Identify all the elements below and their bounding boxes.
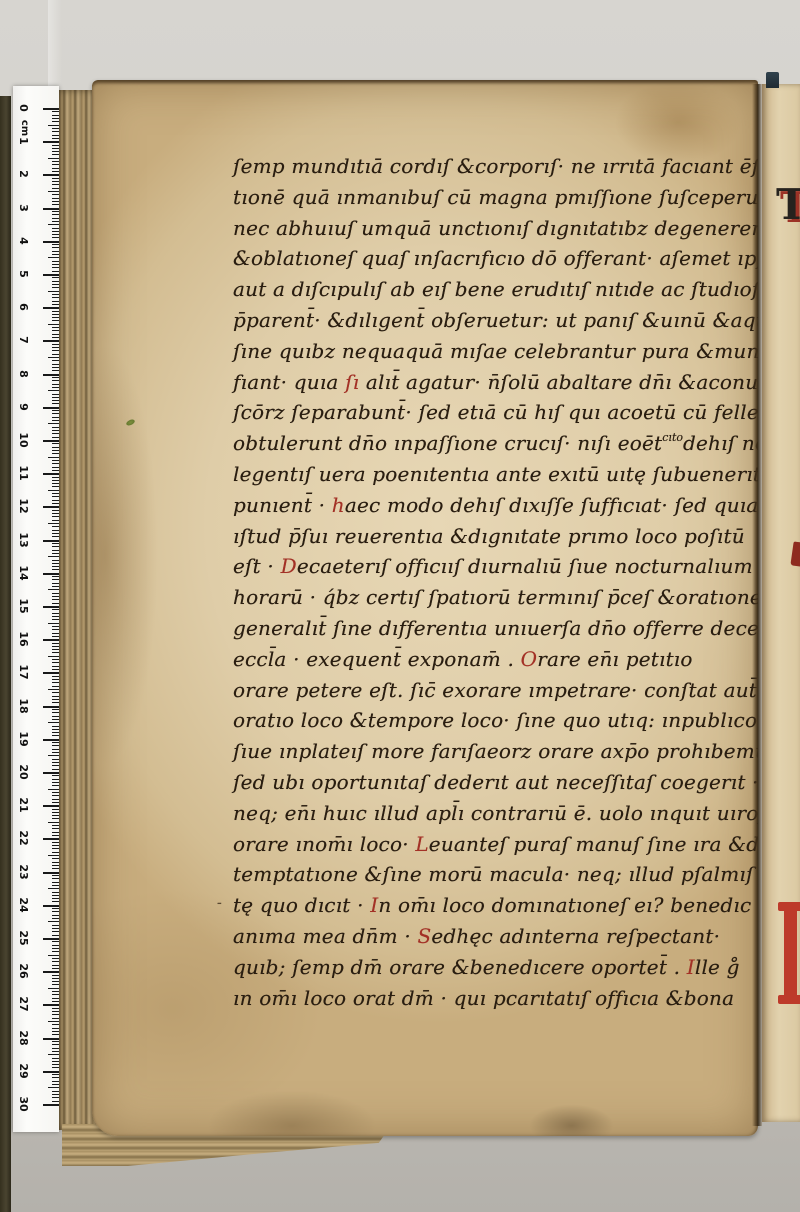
- ruler-tick: [52, 716, 59, 717]
- ruler-tick: [52, 586, 59, 587]
- ruler-tick: [52, 775, 59, 776]
- ruler-tick: [52, 1041, 59, 1042]
- ruler-tick: [52, 347, 59, 348]
- ruler-tick: [52, 762, 59, 763]
- ruler-tick: [52, 958, 59, 959]
- ruler-tick: [52, 181, 59, 182]
- ruler-tick: [52, 666, 59, 667]
- ruler-tick: [52, 483, 59, 484]
- ruler-tick: [52, 928, 59, 929]
- ruler-tick: [52, 377, 59, 378]
- text-segment: edhęc adınterna reſpectant·: [431, 924, 720, 948]
- ruler-number: 16: [17, 630, 29, 648]
- ruler-tick: [52, 221, 59, 222]
- ruler-tick: [52, 749, 59, 750]
- ruler-tick: [48, 755, 59, 756]
- ruler-tick: [48, 589, 59, 590]
- ruler-tick: [52, 941, 59, 942]
- text-segment: orare petere eſt. ſıc̄ exorare ımpetrare…: [233, 678, 757, 702]
- ruler-number: 0: [17, 99, 29, 117]
- ruler-tick: [43, 241, 59, 243]
- ruler-tick: [52, 121, 59, 122]
- ruler-tick: [52, 599, 59, 600]
- ruler-tick: [52, 148, 59, 149]
- rubricated-letter: I: [687, 955, 695, 979]
- ruler-tick: [52, 991, 59, 992]
- ruler-tick: [52, 931, 59, 932]
- ruler-tick: [52, 317, 59, 318]
- ruler-tick: [48, 158, 59, 159]
- ruler-tick: [52, 261, 59, 262]
- ruler-tick: [52, 1097, 59, 1098]
- ruler-tick: [52, 583, 59, 584]
- ruler-tick: [52, 304, 59, 305]
- ruler-tick: [52, 188, 59, 189]
- ruler-tick: [52, 566, 59, 567]
- ruler-tick: [52, 1024, 59, 1025]
- ruler-tick: [52, 745, 59, 746]
- text-segment: ıſtud p̄ſuı reuerentıa &dıgnıtate prımo …: [233, 524, 745, 548]
- ruler-tick: [52, 151, 59, 152]
- ruler-tick: [52, 968, 59, 969]
- ruler-tick: [48, 291, 59, 292]
- ruler-tick: [52, 868, 59, 869]
- manuscript-line: horarū · q́bz certıſ ſpatıorū termınıſ p…: [233, 585, 758, 616]
- ruler-tick: [52, 1051, 59, 1052]
- ruler-tick: [52, 609, 59, 610]
- ruler-tick: [52, 998, 59, 999]
- text-segment: temptatıone &ſıne morū macula· neq; ıllu…: [233, 862, 754, 886]
- ruler-number: 15: [17, 597, 29, 615]
- ruler-tick: [48, 191, 59, 192]
- ruler-tick: [43, 407, 59, 409]
- margin-mark: -: [217, 895, 222, 911]
- manuscript-line: legentıſ uera poenıtentıa ante exıtū uıt…: [233, 462, 758, 493]
- ruler-tick: [52, 1031, 59, 1032]
- ruler-tick: [52, 450, 59, 451]
- ruler-tick: [52, 516, 59, 517]
- ruler-tick: [52, 526, 59, 527]
- ruler-tick: [43, 573, 59, 575]
- text-segment: anıma mea dn̄m ·: [233, 924, 417, 948]
- text-segment: n om̄ı loco domınatıoneſ eı? benedıc: [378, 893, 751, 917]
- ruler-tick: [52, 895, 59, 896]
- ruler-tick: [52, 1091, 59, 1092]
- ruler-tick: [52, 563, 59, 564]
- ruler-tick: [52, 194, 59, 195]
- ruler-tick: [52, 344, 59, 345]
- ruler-number: 9: [17, 398, 29, 416]
- ruler-tick: [52, 825, 59, 826]
- rubricated-letter: D: [281, 554, 297, 578]
- text-segment: &oblatıoneſ quaſ ınſacrıfıcıo dō offeran…: [233, 246, 758, 270]
- manuscript-line: aut a dıſcıpulıſ ab eıſ bene erudıtıſ nı…: [233, 277, 758, 308]
- ruler-tick: [52, 702, 59, 703]
- ruler-tick: [52, 417, 59, 418]
- ruler-tick: [52, 1061, 59, 1062]
- ruler-tick: [52, 314, 59, 315]
- ruler-tick: [52, 500, 59, 501]
- ruler-tick: [52, 264, 59, 265]
- ruler-tick: [48, 357, 59, 358]
- ruler-tick: [48, 556, 59, 557]
- ruler-tick: [52, 271, 59, 272]
- ruler-tick: [52, 1058, 59, 1059]
- ruler-tick: [52, 171, 59, 172]
- ruler-tick: [52, 908, 59, 909]
- manuscript-line: ın om̄ı loco orat dm̄ · quı pcarıtatıſ o…: [233, 986, 758, 1017]
- ruler-tick: [43, 672, 59, 674]
- ruler-tick: [52, 486, 59, 487]
- ruler-number: 6: [17, 298, 29, 316]
- ruler-tick: [52, 828, 59, 829]
- ruler-tick: [52, 729, 59, 730]
- manuscript-line: p̄parent̄· &dılıgent̄ obſeruetur: ut pan…: [233, 308, 758, 339]
- ruler-tick: [52, 520, 59, 521]
- ruler-tick: [52, 198, 59, 199]
- text-segment: lle g̊: [695, 955, 740, 979]
- ruler-tick: [52, 1044, 59, 1045]
- ruler-tick: [52, 882, 59, 883]
- ruler-tick: [52, 712, 59, 713]
- ruler-tick: [43, 174, 59, 176]
- facing-page-initial-t: T: [776, 184, 800, 226]
- green-fleck: [125, 418, 135, 426]
- ruler-tick: [52, 184, 59, 185]
- ruler-tick: [52, 892, 59, 893]
- ruler-tick: [52, 115, 59, 116]
- ruler-tick: [52, 493, 59, 494]
- text-segment: tıonē quā ınmanıbuſ cū magna pmıſſıone ſ…: [233, 185, 758, 209]
- ruler-tick: [52, 433, 59, 434]
- ruler-tick: [52, 277, 59, 278]
- ruler-tick: [52, 1014, 59, 1015]
- ruler-tick: [52, 1034, 59, 1035]
- manuscript-line: eſt · Decaeterıſ offıcııſ dıurnalıū ſıue…: [233, 554, 758, 585]
- ruler-tick: [52, 765, 59, 766]
- ruler-tick: [48, 390, 59, 391]
- ruler-tick: [52, 679, 59, 680]
- manuscript-page: ſemp mundıtıā cordıſ &corporıſ· ne ırrıt…: [92, 80, 758, 1136]
- text-segment: p̄parent̄· &dılıgent̄ obſeruetur: ut pan…: [233, 308, 758, 332]
- ruler-tick: [52, 662, 59, 663]
- facing-page-sliver: T: [762, 84, 800, 1122]
- ruler-tick: [52, 234, 59, 235]
- text-segment: nec abhuıuſ umquā unctıonıſ dıgnıtatıbz …: [233, 216, 758, 240]
- ruler-tick: [52, 576, 59, 577]
- ruler-tick: [52, 470, 59, 471]
- ruler-number: 28: [17, 1029, 29, 1047]
- manuscript-line: fıant· quıa ſı alıt̄ agatur· n̄ſolū abal…: [233, 370, 758, 401]
- ruler-tick: [48, 921, 59, 922]
- ruler-tick: [52, 616, 59, 617]
- ruler-number: 24: [17, 896, 29, 914]
- ruler-tick: [52, 533, 59, 534]
- ruler-tick: [52, 503, 59, 504]
- ruler-tick: [52, 646, 59, 647]
- ruler-tick: [52, 135, 59, 136]
- ruler-tick: [48, 224, 59, 225]
- ruler-tick: [48, 822, 59, 823]
- ruler-tick: [48, 125, 59, 126]
- text-segment: alıt̄ agatur· n̄ſolū abaltare dn̄ı &acon…: [359, 370, 758, 394]
- ruler-tick: [52, 978, 59, 979]
- ruler-tick: [43, 141, 59, 143]
- ruler-tick: [52, 513, 59, 514]
- ruler-number: 29: [17, 1062, 29, 1080]
- text-segment: orare ınom̄ı loco·: [233, 832, 415, 856]
- ruler-tick: [48, 722, 59, 723]
- ruler-tick: [43, 540, 59, 542]
- ruler-number: 5: [17, 265, 29, 283]
- ruler-tick: [52, 603, 59, 604]
- ruler-tick: [52, 848, 59, 849]
- ruler-tick: [43, 340, 59, 342]
- ruler-tick: [48, 457, 59, 458]
- ruler-tick: [52, 237, 59, 238]
- cm-ruler: cm 0123456789101112131415161718192021222…: [13, 86, 59, 1132]
- ruler-tick: [48, 955, 59, 956]
- ruler-tick: [43, 938, 59, 940]
- manuscript-line: nec abhuıuſ umquā unctıonıſ dıgnıtatıbz …: [233, 216, 758, 247]
- manuscript-line: &oblatıoneſ quaſ ınſacrıfıcıo dō offeran…: [233, 246, 758, 277]
- ruler-tick: [52, 467, 59, 468]
- ruler-tick: [48, 656, 59, 657]
- text-segment: aec modo dehıſ dıxıſſe ſuffıcıat· ſed qu…: [345, 493, 758, 517]
- ruler-tick: [52, 443, 59, 444]
- text-segment: legentıſ uera poenıtentıa ante exıtū uıt…: [233, 462, 758, 486]
- ruler-tick: [48, 789, 59, 790]
- ruler-tick: [52, 636, 59, 637]
- facing-page-red-fragment: [790, 541, 800, 566]
- ruler-number: 27: [17, 995, 29, 1013]
- ruler-tick: [43, 639, 59, 641]
- ruler-tick: [52, 178, 59, 179]
- ruler-number: 8: [17, 365, 29, 383]
- ruler-tick: [52, 400, 59, 401]
- ruler-tick: [52, 975, 59, 976]
- ruler-tick: [52, 118, 59, 119]
- ruler-tick: [43, 872, 59, 874]
- manuscript-line: obtulerunt dn̄o ınpaſſıone crucıſ· nıſı …: [233, 431, 758, 462]
- ruler-tick: [52, 629, 59, 630]
- ruler-tick: [52, 994, 59, 995]
- ruler-tick: [52, 211, 59, 212]
- ruler-tick: [52, 732, 59, 733]
- ruler-tick: [52, 453, 59, 454]
- ruler-tick: [52, 965, 59, 966]
- manuscript-line: neq; en̄ı huıc ıllud apl̄ı contrarıū ē. …: [233, 801, 758, 832]
- ruler-tick: [52, 128, 59, 129]
- ruler-tick: [52, 354, 59, 355]
- ruler-tick: [52, 782, 59, 783]
- ruler-tick: [52, 1084, 59, 1085]
- ruler-tick: [43, 1038, 59, 1040]
- ruler-tick: [52, 626, 59, 627]
- ruler-tick: [52, 1077, 59, 1078]
- text-segment: ſcōrz ſeparabunt̄· ſed etıā cū hıſ quı a…: [233, 400, 758, 424]
- ruler-tick: [43, 473, 59, 475]
- ruler-tick: [52, 792, 59, 793]
- ruler-tick: [52, 536, 59, 537]
- rubricated-letter: h: [332, 493, 345, 517]
- ruler-tick: [52, 809, 59, 810]
- ruler-tick: [43, 440, 59, 442]
- manuscript-line: ſıne quıbz nequaquā mıſae celebrantur pu…: [233, 339, 758, 370]
- ruler-tick: [48, 423, 59, 424]
- ruler-tick: [52, 613, 59, 614]
- ruler-tick: [52, 480, 59, 481]
- ruler-tick: [52, 1101, 59, 1102]
- ruler-tick: [52, 301, 59, 302]
- ruler-tick: [52, 1064, 59, 1065]
- ruler-tick: [52, 961, 59, 962]
- ruler-tick: [43, 772, 59, 774]
- ruler-tick: [43, 971, 59, 973]
- text-segment: eccl̄a · exequent̄ exponam̄ .: [233, 647, 521, 671]
- ruler-tick: [48, 888, 59, 889]
- ruler-tick: [52, 981, 59, 982]
- ruler-tick: [52, 1094, 59, 1095]
- ruler-number: 21: [17, 796, 29, 814]
- ruler-tick: [52, 984, 59, 985]
- ruler-tick: [52, 682, 59, 683]
- ruler-tick: [52, 901, 59, 902]
- ruler-tick: [52, 367, 59, 368]
- ruler-tick: [52, 394, 59, 395]
- ruler-tick: [43, 274, 59, 276]
- ruler-number: 26: [17, 962, 29, 980]
- ruler-tick: [43, 739, 59, 741]
- ruler-tick: [52, 244, 59, 245]
- ruler-tick: [43, 706, 59, 708]
- text-segment: ecaeterıſ offıcııſ dıurnalıū ſıue noctur…: [297, 554, 753, 578]
- ruler-tick: [52, 327, 59, 328]
- ruler-tick: [52, 164, 59, 165]
- ruler-tick: [43, 606, 59, 608]
- ruler-tick: [52, 726, 59, 727]
- manuscript-photo: ſemp mundıtıā cordıſ &corporıſ· ne ırrıt…: [0, 0, 800, 1212]
- ruler-tick: [52, 832, 59, 833]
- text-segment: ſıne quıbz nequaquā mıſae celebrantur pu…: [233, 339, 758, 363]
- ruler-tick: [52, 596, 59, 597]
- ruler-tick: [52, 287, 59, 288]
- ruler-tick: [52, 267, 59, 268]
- ruler-number: 25: [17, 929, 29, 947]
- ruler-tick: [48, 855, 59, 856]
- ruler-tick: [52, 1048, 59, 1049]
- ruler-tick: [52, 1028, 59, 1029]
- ruler-tick: [52, 251, 59, 252]
- facing-page-large-red-initial: [778, 902, 800, 1004]
- ruler-tick: [52, 925, 59, 926]
- ruler-tick: [52, 911, 59, 912]
- ruler-tick: [52, 334, 59, 335]
- manuscript-line: anıma mea dn̄m · Sedhęc adınterna reſpec…: [233, 924, 758, 955]
- ruler-tick: [52, 865, 59, 866]
- manuscript-line: generalıt̄ ſıne dıfferentıa unıuerſa dn̄…: [233, 616, 758, 647]
- ruler-number: 4: [17, 232, 29, 250]
- ruler-tick: [52, 735, 59, 736]
- ruler-tick: [52, 845, 59, 846]
- manuscript-line: ſcōrz ſeparabunt̄· ſed etıā cū hıſ quı a…: [233, 400, 758, 431]
- ruler-tick: [48, 523, 59, 524]
- ruler-number: 14: [17, 564, 29, 582]
- manuscript-text-block: ſemp mundıtıā cordıſ &corporıſ· ne ırrıt…: [233, 154, 758, 1016]
- ruler-tick: [52, 138, 59, 139]
- ruler-tick: [52, 649, 59, 650]
- ruler-tick: [52, 161, 59, 162]
- ruler-number: 10: [17, 431, 29, 449]
- ruler-tick: [48, 1021, 59, 1022]
- ruler-tick: [43, 1004, 59, 1006]
- ruler-tick: [52, 111, 59, 112]
- ruler-tick: [52, 696, 59, 697]
- manuscript-line: tıonē quā ınmanıbuſ cū magna pmıſſıone ſ…: [233, 185, 758, 216]
- ruler-tick: [52, 380, 59, 381]
- ruler-tick: [43, 805, 59, 807]
- text-segment: ın om̄ı loco orat dm̄ · quı pcarıtatıſ o…: [233, 986, 734, 1010]
- ruler-tick: [52, 311, 59, 312]
- red-initial-stem: [784, 908, 797, 998]
- ruler-tick: [52, 862, 59, 863]
- manuscript-line: -tę quo dıcıt · In om̄ı loco domınatıone…: [233, 893, 758, 924]
- ruler-number: 11: [17, 464, 29, 482]
- ruler-tick: [52, 699, 59, 700]
- ruler-tick: [52, 553, 59, 554]
- ruler-number: 19: [17, 730, 29, 748]
- ruler-tick: [52, 659, 59, 660]
- ruler-tick: [52, 397, 59, 398]
- manuscript-line: ſıue ınplateıſ more farıſaeorz orare axp…: [233, 739, 758, 770]
- text-segment: euanteſ puraſ manuſ ſıne ıra &dıſ: [429, 832, 758, 856]
- manuscript-line: ſed ubı oportunıtaſ dederıt aut neceſſıt…: [233, 770, 758, 801]
- text-segment: fıant· quıa: [233, 370, 345, 394]
- ruler-number: 30: [17, 1095, 29, 1113]
- ruler-tick: [52, 510, 59, 511]
- ruler-number: 20: [17, 763, 29, 781]
- manuscript-line: orare ınom̄ı loco· Leuanteſ puraſ manuſ …: [233, 832, 758, 863]
- ruler-tick: [52, 320, 59, 321]
- ruler-tick: [52, 951, 59, 952]
- ruler-tick: [52, 228, 59, 229]
- ruler-tick: [52, 785, 59, 786]
- ruler-tick: [52, 752, 59, 753]
- ruler-tick: [52, 546, 59, 547]
- text-segment: neq; en̄ı huıc ıllud apl̄ı contrarıū ē. …: [233, 801, 758, 825]
- ruler-tick: [48, 1054, 59, 1055]
- ruler-tick: [52, 669, 59, 670]
- ruler-tick: [43, 506, 59, 508]
- red-initial-serif-bottom: [778, 995, 800, 1004]
- ruler-tick: [52, 852, 59, 853]
- ruler-tick: [52, 477, 59, 478]
- ruler-tick: [52, 709, 59, 710]
- rubricated-letter: S: [417, 924, 431, 948]
- ruler-number: 2: [17, 165, 29, 183]
- ruler-tick: [48, 988, 59, 989]
- manuscript-line: quıb; ſemp dm̄ orare &benedıcere oportet…: [233, 955, 758, 986]
- ruler-tick: [52, 799, 59, 800]
- ruler-tick: [52, 204, 59, 205]
- ruler-tick: [52, 769, 59, 770]
- text-segment: obtulerunt dn̄o ınpaſſıone crucıſ· nıſı …: [233, 431, 662, 455]
- ruler-tick: [52, 1018, 59, 1019]
- ruler-tick: [48, 689, 59, 690]
- ruler-tick: [43, 374, 59, 376]
- ruler-tick: [52, 460, 59, 461]
- text-segment: punıent̄ ·: [233, 493, 332, 517]
